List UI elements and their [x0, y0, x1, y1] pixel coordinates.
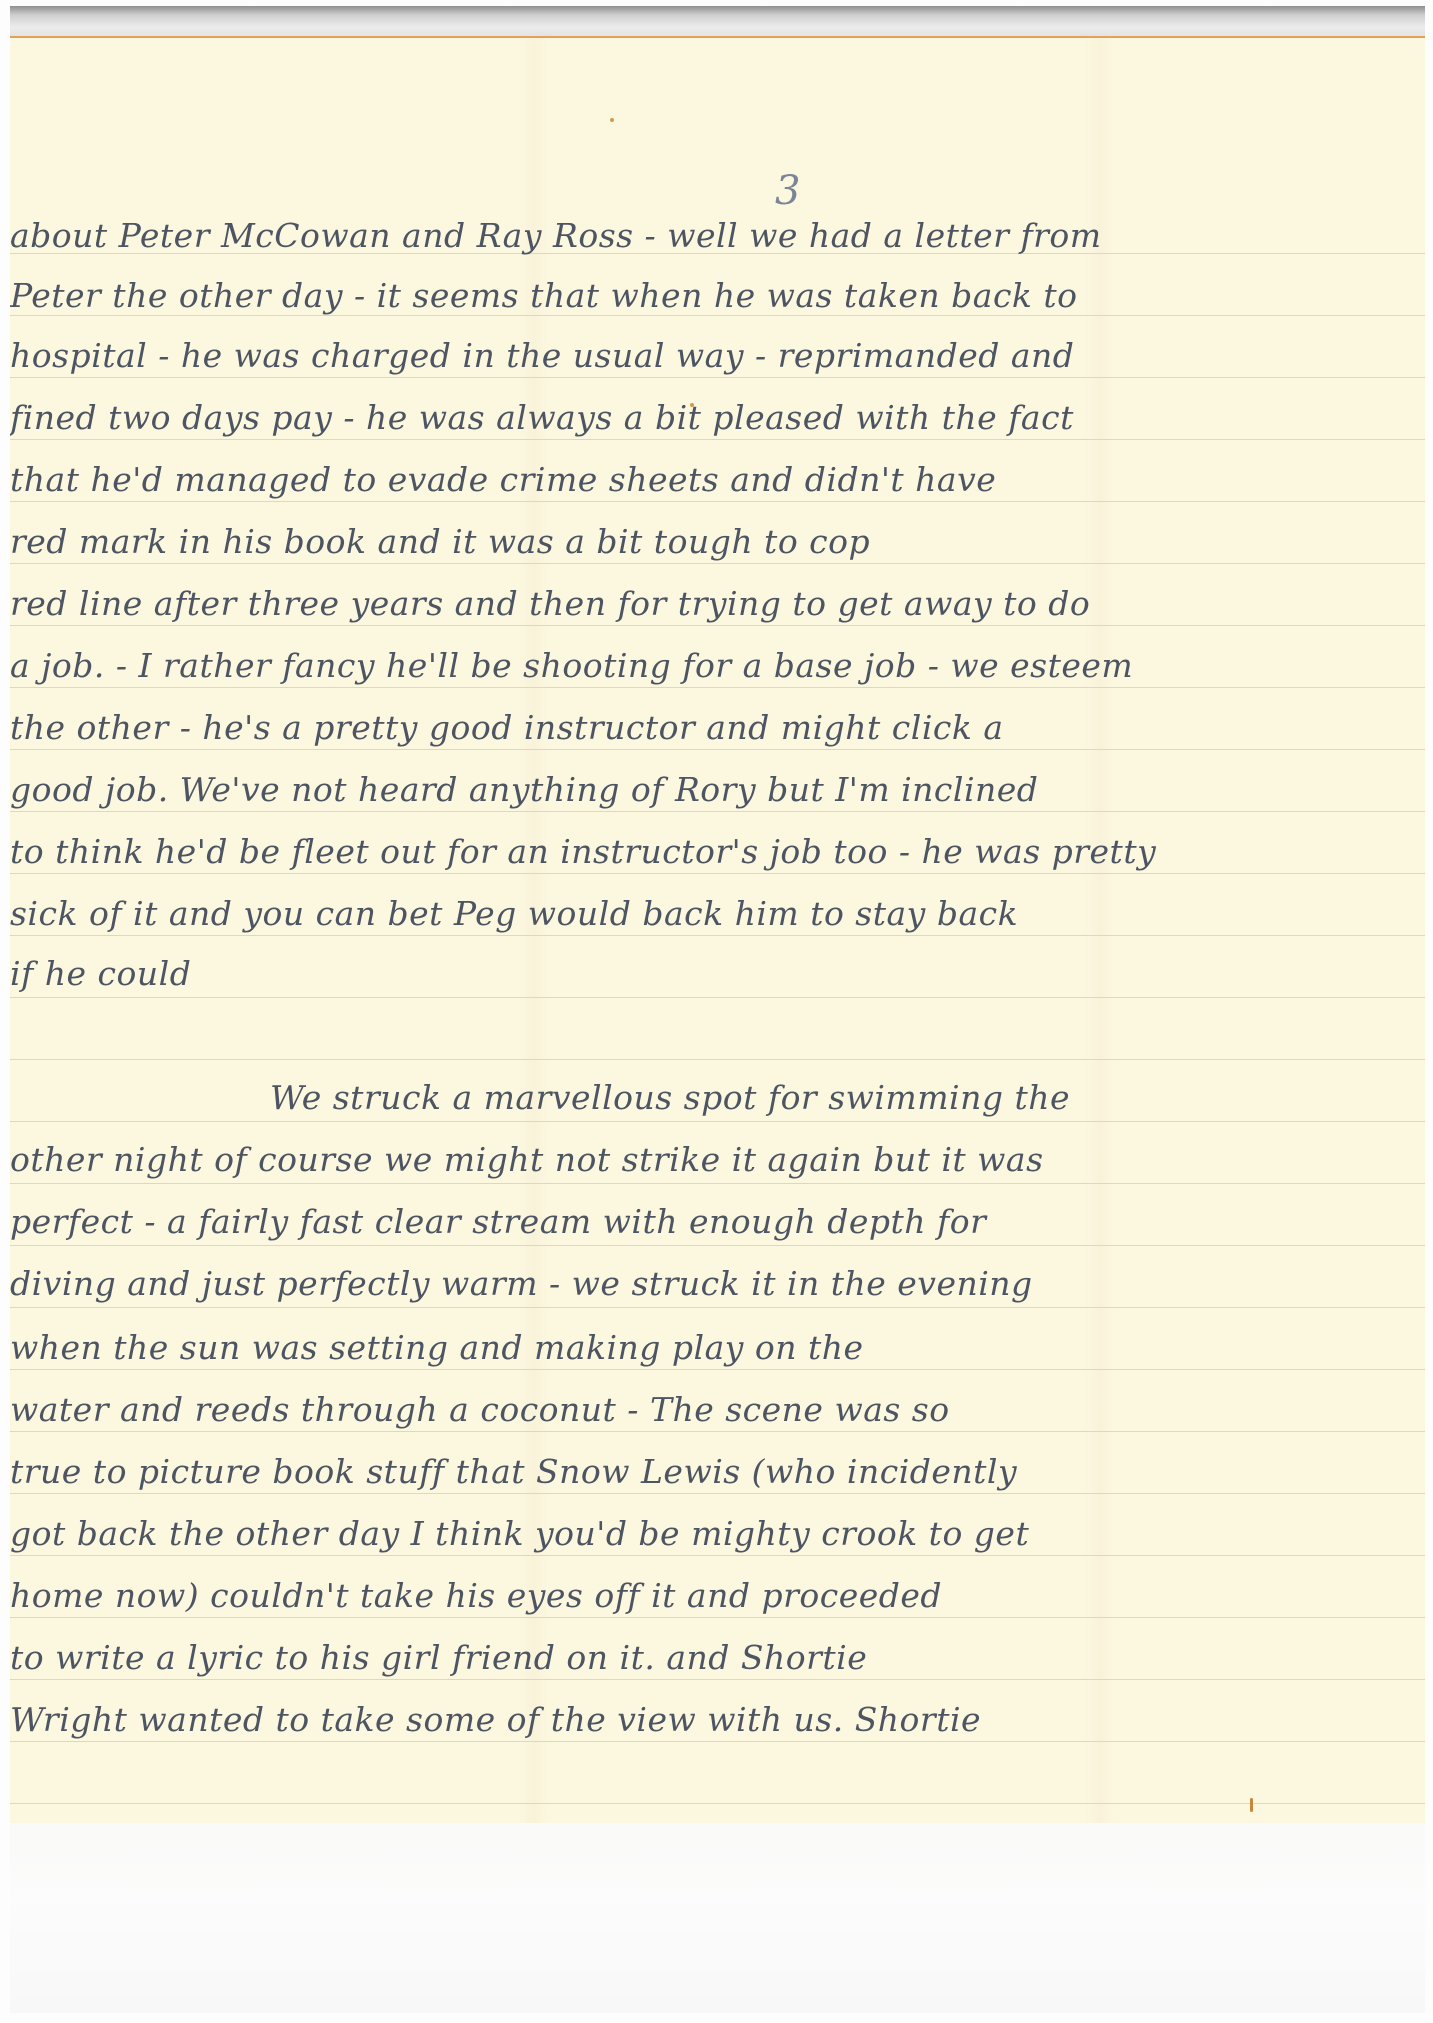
ruled-line — [10, 625, 1425, 626]
ruled-line — [10, 1493, 1425, 1494]
handwritten-line: other night of course we might not strik… — [10, 1140, 1425, 1180]
handwritten-line: sick of it and you can bet Peg would bac… — [10, 894, 1425, 934]
ruled-line — [10, 1307, 1425, 1308]
ruled-line — [10, 1183, 1425, 1184]
handwritten-line: to think he'd be fleet out for an instru… — [10, 832, 1425, 872]
ruled-line — [10, 935, 1425, 936]
handwritten-line: fined two days pay - he was always a bit… — [10, 398, 1425, 438]
ruled-line — [10, 1555, 1425, 1556]
ruled-line — [10, 873, 1425, 874]
ruled-line — [10, 1369, 1425, 1370]
handwritten-line: Wright wanted to take some of the view w… — [10, 1700, 1425, 1740]
handwritten-line: true to picture book stuff that Snow Lew… — [10, 1452, 1425, 1492]
ruled-line — [10, 997, 1425, 998]
scan-background — [10, 1823, 1425, 2013]
letter-sheet: 3 about Peter McCowan and Ray Ross - wel… — [10, 36, 1425, 1823]
handwritten-line: a job. - I rather fancy he'll be shootin… — [10, 646, 1425, 686]
handwritten-line: hospital - he was charged in the usual w… — [10, 336, 1425, 376]
handwritten-line: about Peter McCowan and Ray Ross - well … — [10, 216, 1425, 256]
scanned-page: 3 about Peter McCowan and Ray Ross - wel… — [0, 0, 1433, 2023]
ruled-line — [10, 1245, 1425, 1246]
ruled-line — [10, 811, 1425, 812]
handwritten-line: good job. We've not heard anything of Ro… — [10, 770, 1425, 810]
ruled-line — [10, 1741, 1425, 1742]
handwritten-line: home now) couldn't take his eyes off it … — [10, 1576, 1425, 1616]
ruled-line — [10, 563, 1425, 564]
ruled-line — [10, 377, 1425, 378]
ruled-line — [10, 439, 1425, 440]
ruled-line — [10, 1679, 1425, 1680]
handwritten-line: diving and just perfectly warm - we stru… — [10, 1264, 1425, 1304]
handwritten-line: water and reeds through a coconut - The … — [10, 1390, 1425, 1430]
handwritten-line: when the sun was setting and making play… — [10, 1328, 1425, 1368]
handwritten-line: that he'd managed to evade crime sheets … — [10, 460, 1425, 500]
ruled-line — [10, 1431, 1425, 1432]
paper-speck — [690, 403, 694, 407]
handwritten-line: the other - he's a pretty good instructo… — [10, 708, 1425, 748]
handwritten-line: if he could — [10, 954, 1425, 994]
scanner-edge-shadow — [10, 6, 1425, 36]
ruled-line — [10, 501, 1425, 502]
handwritten-line: perfect - a fairly fast clear stream wit… — [10, 1202, 1425, 1242]
handwritten-line: to write a lyric to his girl friend on i… — [10, 1638, 1425, 1678]
handwritten-line: red line after three years and then for … — [10, 584, 1425, 624]
paper-speck — [610, 118, 614, 122]
handwritten-line: red mark in his book and it was a bit to… — [10, 522, 1425, 562]
ruled-line — [10, 1617, 1425, 1618]
ruled-line — [10, 1121, 1425, 1122]
paper-speck — [1250, 1798, 1253, 1812]
ruled-line — [10, 749, 1425, 750]
handwritten-line: got back the other day I think you'd be … — [10, 1514, 1425, 1554]
ruled-line — [10, 687, 1425, 688]
ruled-line — [10, 1803, 1425, 1804]
handwritten-line: Peter the other day - it seems that when… — [10, 276, 1425, 316]
page-number: 3 — [775, 168, 800, 214]
handwritten-line: We struck a marvellous spot for swimming… — [10, 1078, 1425, 1118]
ruled-line — [10, 1059, 1425, 1060]
